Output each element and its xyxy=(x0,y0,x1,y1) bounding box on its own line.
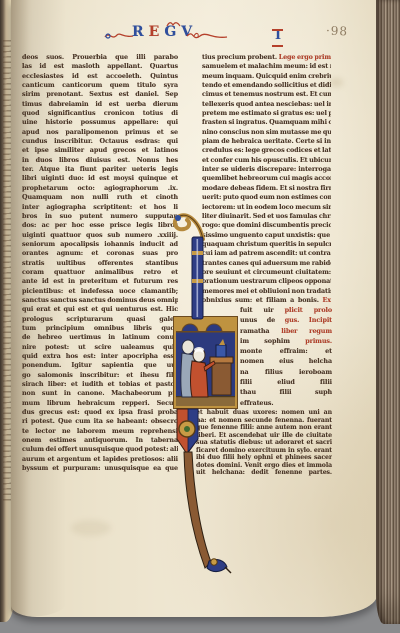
text-line: memores mei et obliuioni non tradatis. xyxy=(202,287,331,296)
text-line: iectorem: ut in eodem loco mecum simi xyxy=(202,203,331,212)
text-line: liberi. Et ascendebat uir ille de ciuita… xyxy=(196,432,332,440)
text-line: ponendum. Igitur sapientia que uul xyxy=(22,361,178,370)
text-line: qui erat et qui est et qui uenturus est.… xyxy=(22,305,178,314)
text-line: deos suos. Prouerbia que illi parabo xyxy=(22,53,178,62)
text-line: rogo: que domini discumbentis precio xyxy=(202,221,331,230)
running-title: REGV xyxy=(104,20,234,50)
text-line: ecclesiastes id est accoeleth. Quintus xyxy=(22,72,178,81)
penwork-flourish-left xyxy=(104,29,134,43)
text-line: monte effraim: et xyxy=(240,346,332,356)
text-line: timus dabreiamin id est uerba dierum xyxy=(22,100,178,109)
book-numeral: I xyxy=(270,28,286,48)
right-text-column-wrapped-rubric: fuit uir plicit prolounus de gus. Incipi… xyxy=(240,305,332,408)
text-line: canticum canticorum quem titulo syra xyxy=(22,81,178,90)
text-line: quemlibet hebreorum cui magis accom xyxy=(202,174,331,183)
body-text: fuit uir xyxy=(240,306,285,314)
text-line: in duos libros diuisus est. Nonus hes xyxy=(22,156,178,165)
text-line: dus grecus est: quod ex ipsa frasi proba xyxy=(22,408,178,417)
parchment-stain xyxy=(329,78,343,87)
body-text: tius precium probent. xyxy=(202,53,279,61)
text-line: nomen eius helcha xyxy=(240,356,332,366)
text-line: obnixius sum: et filiam a bonis. Ex xyxy=(202,296,331,305)
text-line: stratis uultibus offerentes stantibus xyxy=(22,259,178,268)
text-line: unus de gus. Incipit xyxy=(240,315,332,325)
text-line: uit helchana: dedit fenenne partes. xyxy=(196,469,332,477)
text-line: na: et nomen secunde fenenna. fuerant xyxy=(196,417,332,425)
text-line: tum principium omnibus libris quos xyxy=(22,324,178,333)
numeral-penstroke xyxy=(272,29,283,31)
text-line: sanctus sanctus sanctus dominus deus omn… xyxy=(22,296,178,305)
text-line: modare debeas fidem. Et si nostra firma xyxy=(202,184,331,193)
body-text: ramatha xyxy=(240,327,281,335)
text-line: que fenenne filii: anne autem non erant xyxy=(196,424,332,432)
text-line: quaquam christum queritis in sepulcro: xyxy=(202,240,331,249)
text-line: et habuit duas uxores: nomen uni an xyxy=(196,409,332,417)
text-line: et confer cum his opusculis. Et ubicumqu… xyxy=(202,156,331,165)
text-line: thau filii suph xyxy=(240,387,332,397)
text-line: non sunt in canone. Machabeorum pri xyxy=(22,389,178,398)
text-line: te lector ne laborem meum reprehensi xyxy=(22,427,178,436)
text-line: dotes domini. Venit ergo dies et immola xyxy=(196,462,332,470)
text-line: cimus et tenemus nostrum est. Et cum in xyxy=(202,90,331,99)
text-line: filii eliud filii xyxy=(240,377,332,387)
text-line: fuit uir plicit prolo xyxy=(240,305,332,315)
text-line: samuelem et malachim meum: id est meum xyxy=(202,62,331,71)
text-line: prophetarum octo: agiographorum .ix. xyxy=(22,184,178,193)
text-line: piam de hebraica ueritate. Certe si in xyxy=(202,137,331,146)
text-line: nire potest: ut scire ualeamus quic xyxy=(22,343,178,352)
text-line: et ipse similiter apud grecos et latinos xyxy=(22,146,178,155)
rubric-text: liber regum xyxy=(281,327,332,335)
right-text-column-top: tius precium probent. Lege ergo primumsa… xyxy=(202,53,331,305)
left-text-column: deos suos. Prouerbia que illi parabolas … xyxy=(22,53,178,473)
text-line: go salomonis inscribitur: et ihesu filii xyxy=(22,371,178,380)
text-line: bros in suo putent numero supputan xyxy=(22,212,178,221)
running-title-letter: E xyxy=(149,22,165,42)
text-line: credulus es: lege grecos codices et lati… xyxy=(202,146,331,155)
historiated-initial-miniature xyxy=(174,317,237,408)
text-line: ri potest. Que cum ita se habeant: obsec… xyxy=(22,417,178,426)
text-line: ter. Atque ita fiunt pariter ueteris leg… xyxy=(22,165,178,174)
text-line: pretem me estimato si gratus es: uel par… xyxy=(202,109,331,118)
text-line: cui iam ad patrem ascendit: ut contra la xyxy=(202,249,331,258)
text-line: sirim prenotant. Sextus est daniel. Sep xyxy=(22,90,178,99)
right-text-column-bottom: et habuit duas uxores: nomen uni anna: e… xyxy=(196,409,332,477)
text-line: byssum et purpuram: unusquisque ea que xyxy=(22,464,178,473)
text-line: ore seuiunt et circumeunt ciuitatem: xyxy=(202,268,331,277)
text-line: tius precium probent. Lege ergo primum xyxy=(202,53,331,62)
text-line: apud nos paralipomenon primus et se xyxy=(22,128,178,137)
text-line: prologus scripturarum quasi galea xyxy=(22,315,178,324)
text-line: quid extra hos est: inter apocripha esse xyxy=(22,352,178,361)
text-line: uiginti quattuor quos sub numero .xxiiij… xyxy=(22,231,178,240)
rubric-text: gus. Incipit xyxy=(285,316,332,324)
text-line: ramatha liber regum xyxy=(240,326,332,336)
parchment-stain xyxy=(71,520,111,536)
text-line: nino conscius non sim mutasse me quip xyxy=(202,128,331,137)
text-line: ibi duo filii hely ophni et phinees sace… xyxy=(196,454,332,462)
text-line: uerit: puto quod eum non estimes con xyxy=(202,193,331,202)
text-line: libri uiginti duo: id est moysi quinque … xyxy=(22,174,178,183)
body-text: unus de xyxy=(240,316,285,324)
text-line: culum dei offert unusquisque quod potest… xyxy=(22,445,178,454)
body-text: obnixius sum: et filiam a bonis. xyxy=(202,296,323,304)
text-line: orationum uestrarum clipeos opponatis: xyxy=(202,277,331,286)
manuscript-photo: REGV I ·98 deos suos. Prouerbia que illi… xyxy=(0,0,400,633)
text-line: tendo et emendando sollicitius et didi xyxy=(202,81,331,90)
penwork-tilde-icon xyxy=(166,20,182,28)
text-line: ficaret domino exercituum in sylo. erant xyxy=(196,447,332,455)
text-line: ante id est in preteritum et futurum res xyxy=(22,277,178,286)
running-title-letter: R xyxy=(132,22,149,42)
text-line: onem estimes antiquorum. In taberna xyxy=(22,436,178,445)
rubric-text: Ex xyxy=(323,296,331,304)
penwork-flourish-right xyxy=(186,28,228,44)
text-line: inter se uideris discrepare: interroga xyxy=(202,165,331,174)
text-line: coram quattuor animalibus retro et xyxy=(22,268,178,277)
text-line: inter agiographa scriptitent: et hos li xyxy=(22,203,178,212)
text-line: liter diuinarit. Sed et uos famulas chri… xyxy=(202,212,331,221)
text-line: las id est masloth appellant. Quartus xyxy=(22,62,178,71)
rubric-text: primus. xyxy=(305,337,332,345)
text-line: uine historie possumus appellare: qui xyxy=(22,118,178,127)
miniature-scene-two-veiled-figures-before-altar xyxy=(176,319,235,406)
text-line: aurum et argentum et lapides pretiosos: … xyxy=(22,455,178,464)
text-line: quod significantius cronicon totius di xyxy=(22,109,178,118)
folio-number: ·98 xyxy=(326,24,349,39)
text-line: seniorum apocalipsis iohannis inducit ad xyxy=(22,240,178,249)
text-line: effrateus. xyxy=(240,398,332,408)
text-line: sirach liber: et iudith et tobias et pas… xyxy=(22,380,178,389)
text-line: tellexeris quod antea nesciebas: uel int… xyxy=(202,100,331,109)
text-line: cundus inscribitur. Octauus esdras: qui xyxy=(22,137,178,146)
text-line: Quamquam non nulli ruth et cinoth xyxy=(22,193,178,202)
text-line: sua statutis diebus: ut adoraret et sacr… xyxy=(196,439,332,447)
text-line: mum librum hebraicum repperi. Secun xyxy=(22,399,178,408)
text-line: trantes canes qui aduersum me rabido xyxy=(202,259,331,268)
text-line: picientibus: et indefessa uoce clamantib… xyxy=(22,287,178,296)
text-line: na filius ieroboam xyxy=(240,367,332,377)
numeral-penstroke xyxy=(272,45,283,47)
text-line: im sophim primus. xyxy=(240,336,332,346)
text-line: sissimo unguento caput unxistis: que ne xyxy=(202,231,331,240)
text-line: frasten si ingratus. Quamquam mihi om xyxy=(202,118,331,127)
text-line: meum inquam. Quicquid enim crebrius uer xyxy=(202,72,331,81)
rubric-text: Lege ergo primum xyxy=(279,53,331,61)
text-line: dos: ac per hoc esse prisce legis libros xyxy=(22,221,178,230)
rubric-text: plicit prolo xyxy=(285,306,332,314)
body-text: im sophim xyxy=(240,337,305,345)
text-line: de hebreo uertimus in latinum conue xyxy=(22,333,178,342)
book-fore-edge xyxy=(376,0,400,624)
text-line: orantes agnum: et coronas suas pro xyxy=(22,249,178,258)
